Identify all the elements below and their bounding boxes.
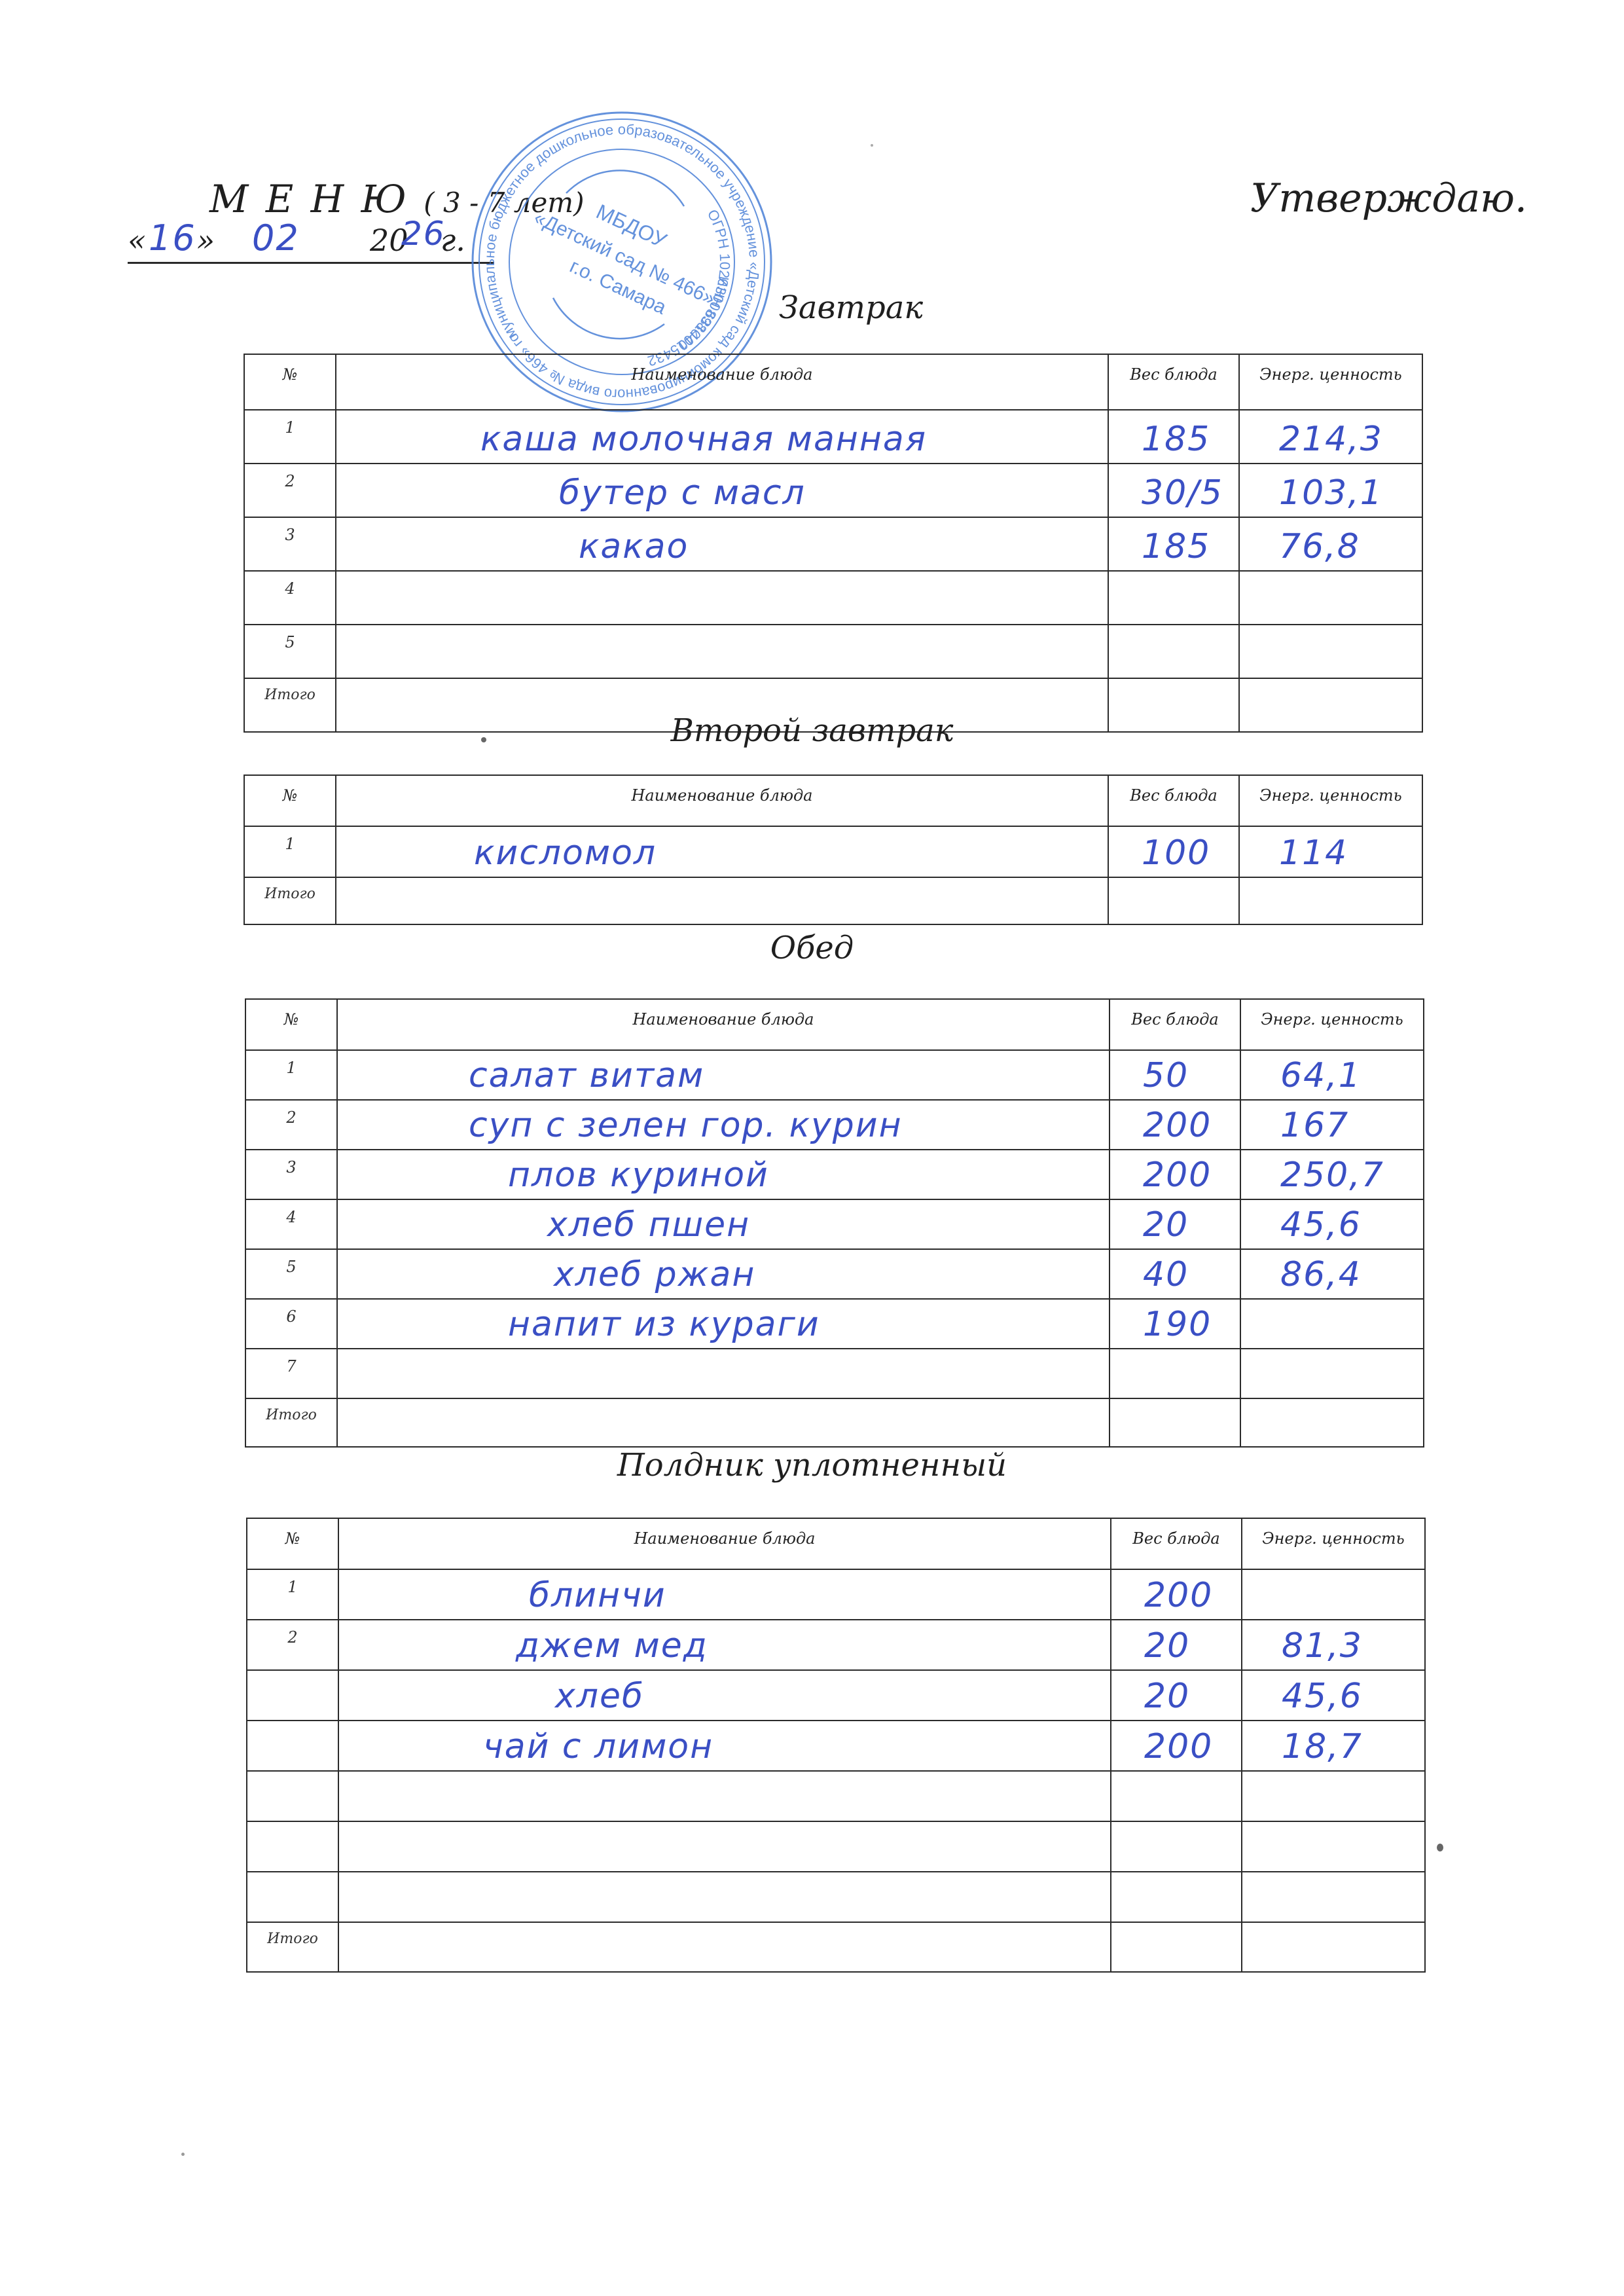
row-number: 1 <box>244 410 336 464</box>
row-number <box>247 1670 338 1721</box>
dish-name: джем мед <box>516 1626 708 1666</box>
date-close-quote: » <box>196 223 215 258</box>
dish-weight: 40 <box>1143 1255 1189 1294</box>
dish-weight-cell: 50 <box>1110 1050 1240 1100</box>
dish-name-cell: каша молочная манная <box>336 410 1108 464</box>
table-row: 4 <box>244 571 1422 625</box>
dish-energy-cell: 114 <box>1239 826 1422 877</box>
dish-name-cell: плов куриной <box>337 1150 1110 1199</box>
dish-weight: 30/5 <box>1142 473 1223 513</box>
dish-weight: 185 <box>1142 527 1210 566</box>
dish-weight-cell: 20 <box>1110 1199 1240 1249</box>
dish-energy: 64,1 <box>1280 1056 1362 1095</box>
dish-name-cell <box>338 1821 1111 1872</box>
dish-weight-cell <box>1111 1821 1242 1872</box>
dish-weight: 185 <box>1142 420 1210 459</box>
dish-weight-cell: 40 <box>1110 1249 1240 1299</box>
dish-weight: 200 <box>1144 1727 1213 1766</box>
date-open-quote: « <box>128 223 146 258</box>
dish-name-cell: кисломол <box>336 826 1108 877</box>
row-number <box>247 1872 338 1922</box>
table-row <box>247 1771 1425 1821</box>
total-energy-cell <box>1242 1922 1425 1972</box>
row-number <box>247 1821 338 1872</box>
dish-weight-cell: 200 <box>1110 1100 1240 1150</box>
dish-weight-cell: 30/5 <box>1108 464 1239 517</box>
header-weight: Вес блюда <box>1108 354 1239 410</box>
date-year-unit: г. <box>441 223 465 258</box>
table-row: 4хлеб пшен2045,6 <box>245 1199 1424 1249</box>
dish-name-cell <box>337 1349 1110 1398</box>
dish-weight: 100 <box>1142 833 1210 873</box>
header-dish-name: Наименование блюда <box>338 1518 1111 1569</box>
dish-name: плов куриной <box>508 1156 769 1195</box>
header-energy: Энерг. ценность <box>1239 775 1422 826</box>
row-number: 6 <box>245 1299 337 1349</box>
table-row: хлеб2045,6 <box>247 1670 1425 1721</box>
total-row: Итого <box>247 1922 1425 1972</box>
total-row: Итого <box>245 1398 1424 1447</box>
total-name-cell <box>338 1922 1111 1972</box>
table-header-row: №Наименование блюдаВес блюдаЭнерг. ценно… <box>247 1518 1425 1569</box>
table-row: 1кисломол100114 <box>244 826 1422 877</box>
row-number: 2 <box>247 1620 338 1670</box>
table-header-row: №Наименование блюдаВес блюдаЭнерг. ценно… <box>244 775 1422 826</box>
dish-name-cell: хлеб пшен <box>337 1199 1110 1249</box>
table-row: 1каша молочная манная185214,3 <box>244 410 1422 464</box>
menu-title-text: М Е Н Ю <box>209 177 409 221</box>
dish-energy: 76,8 <box>1279 527 1360 566</box>
date-year-suffix: 26 <box>401 215 446 253</box>
dish-weight-cell: 200 <box>1110 1150 1240 1199</box>
dish-weight-cell: 190 <box>1110 1299 1240 1349</box>
dish-name: напит из кураги <box>508 1305 820 1344</box>
total-weight-cell <box>1111 1922 1242 1972</box>
dish-name-cell: бутер с масл <box>336 464 1108 517</box>
dish-energy: 214,3 <box>1279 420 1383 459</box>
section-title: Обед <box>0 930 1624 966</box>
dish-name-cell: блинчи <box>338 1569 1111 1620</box>
row-number: 4 <box>245 1199 337 1249</box>
dish-energy: 250,7 <box>1280 1156 1384 1195</box>
dish-weight-cell: 20 <box>1111 1620 1242 1670</box>
dish-weight: 200 <box>1143 1156 1212 1195</box>
dish-energy-cell: 103,1 <box>1239 464 1422 517</box>
dish-energy-cell: 76,8 <box>1239 517 1422 571</box>
dish-weight-cell: 20 <box>1111 1670 1242 1721</box>
header-energy: Энерг. ценность <box>1242 1518 1425 1569</box>
table-row: 7 <box>245 1349 1424 1398</box>
dish-weight-cell <box>1108 625 1239 678</box>
header-energy: Энерг. ценность <box>1239 354 1422 410</box>
dish-name: бутер с масл <box>559 473 806 513</box>
dish-name: блинчи <box>529 1576 666 1615</box>
dish-energy-cell: 167 <box>1240 1100 1424 1150</box>
table-row: 5хлеб ржан4086,4 <box>245 1249 1424 1299</box>
dish-energy: 81,3 <box>1282 1626 1363 1666</box>
dish-weight: 20 <box>1144 1677 1190 1716</box>
dish-energy-cell: 18,7 <box>1242 1721 1425 1771</box>
dish-name-cell <box>338 1771 1111 1821</box>
dish-weight-cell <box>1111 1872 1242 1922</box>
header-dish-name: Наименование блюда <box>336 775 1108 826</box>
header-dish-name: Наименование блюда <box>336 354 1108 410</box>
dish-energy: 45,6 <box>1282 1677 1363 1716</box>
row-number: 4 <box>244 571 336 625</box>
table-row: чай с лимон20018,7 <box>247 1721 1425 1771</box>
dish-name-cell: салат витам <box>337 1050 1110 1100</box>
row-number: 7 <box>245 1349 337 1398</box>
dish-energy: 45,6 <box>1280 1205 1362 1245</box>
dish-name: хлеб <box>555 1677 644 1716</box>
dish-weight-cell: 185 <box>1108 517 1239 571</box>
dish-energy: 86,4 <box>1280 1255 1362 1294</box>
dish-name: каша молочная манная <box>480 420 927 459</box>
row-number: 2 <box>244 464 336 517</box>
dish-name: кисломол <box>474 833 657 873</box>
table-header-row: №Наименование блюдаВес блюдаЭнерг. ценно… <box>244 354 1422 410</box>
dish-energy: 114 <box>1279 833 1348 873</box>
menu-table: №Наименование блюдаВес блюдаЭнерг. ценно… <box>246 1518 1426 1973</box>
dish-energy: 103,1 <box>1279 473 1383 513</box>
dish-weight: 190 <box>1143 1305 1212 1344</box>
dish-weight-cell: 100 <box>1108 826 1239 877</box>
dish-energy-cell: 45,6 <box>1242 1670 1425 1721</box>
dish-weight: 20 <box>1144 1626 1190 1666</box>
dish-name-cell: какао <box>336 517 1108 571</box>
dish-weight: 20 <box>1143 1205 1189 1245</box>
table-row: 2джем мед2081,3 <box>247 1620 1425 1670</box>
dish-weight: 200 <box>1143 1106 1212 1145</box>
dish-energy-cell <box>1242 1872 1425 1922</box>
dish-name-cell: чай с лимон <box>338 1721 1111 1771</box>
header-weight: Вес блюда <box>1111 1518 1242 1569</box>
dish-weight-cell: 185 <box>1108 410 1239 464</box>
row-number: 1 <box>245 1050 337 1100</box>
total-label: Итого <box>244 877 336 924</box>
menu-table: №Наименование блюдаВес блюдаЭнерг. ценно… <box>244 774 1423 925</box>
dish-weight-cell <box>1108 571 1239 625</box>
total-energy-cell <box>1239 877 1422 924</box>
header-num: № <box>244 354 336 410</box>
table-row: 6напит из кураги190 <box>245 1299 1424 1349</box>
menu-table: №Наименование блюдаВес блюдаЭнерг. ценно… <box>245 998 1424 1448</box>
dish-energy-cell <box>1240 1299 1424 1349</box>
dish-energy-cell <box>1242 1821 1425 1872</box>
dish-name: салат витам <box>469 1056 704 1095</box>
total-weight-cell <box>1108 877 1239 924</box>
header-num: № <box>247 1518 338 1569</box>
dish-name-cell <box>336 571 1108 625</box>
dish-energy: 167 <box>1280 1106 1349 1145</box>
dish-energy-cell: 45,6 <box>1240 1199 1424 1249</box>
total-weight-cell <box>1110 1398 1240 1447</box>
table-header-row: №Наименование блюдаВес блюдаЭнерг. ценно… <box>245 999 1424 1050</box>
row-number <box>247 1771 338 1821</box>
row-number: 1 <box>247 1569 338 1620</box>
row-number: 2 <box>245 1100 337 1150</box>
header-num: № <box>245 999 337 1050</box>
dish-energy-cell <box>1240 1349 1424 1398</box>
dish-name: чай с лимон <box>483 1727 713 1766</box>
dish-energy-cell: 64,1 <box>1240 1050 1424 1100</box>
section-title: Полдник уплотненный <box>0 1447 1624 1484</box>
dish-weight: 50 <box>1143 1056 1189 1095</box>
row-number: 3 <box>244 517 336 571</box>
total-name-cell <box>337 1398 1110 1447</box>
approval-label: Утверждаю. <box>1250 175 1527 221</box>
header-weight: Вес блюда <box>1108 775 1239 826</box>
menu-table: №Наименование блюдаВес блюдаЭнерг. ценно… <box>244 354 1423 733</box>
table-row: 1блинчи200 <box>247 1569 1425 1620</box>
dish-name: хлеб пшен <box>547 1205 750 1245</box>
table-row: 3какао18576,8 <box>244 517 1422 571</box>
dish-weight-cell: 200 <box>1111 1569 1242 1620</box>
row-number: 1 <box>244 826 336 877</box>
dish-energy-cell <box>1239 571 1422 625</box>
dish-energy-cell: 86,4 <box>1240 1249 1424 1299</box>
section-title: Завтрак <box>779 289 923 326</box>
dish-name-cell: суп с зелен гор. курин <box>337 1100 1110 1150</box>
dish-name: хлеб ржан <box>554 1255 755 1294</box>
dish-weight-cell: 200 <box>1111 1721 1242 1771</box>
section-title: Второй завтрак <box>0 712 1624 749</box>
header-energy: Энерг. ценность <box>1240 999 1424 1050</box>
dish-energy-cell <box>1242 1771 1425 1821</box>
header-weight: Вес блюда <box>1110 999 1240 1050</box>
dish-name-cell <box>336 625 1108 678</box>
dish-energy-cell: 250,7 <box>1240 1150 1424 1199</box>
date-month: 02 <box>252 217 300 259</box>
dish-name-cell: джем мед <box>338 1620 1111 1670</box>
table-row: 3плов куриной200250,7 <box>245 1150 1424 1199</box>
table-row: 2суп с зелен гор. курин200167 <box>245 1100 1424 1150</box>
dish-name-cell: хлеб <box>338 1670 1111 1721</box>
table-row <box>247 1872 1425 1922</box>
total-row: Итого <box>244 877 1422 924</box>
dish-weight-cell <box>1110 1349 1240 1398</box>
dish-energy-cell: 214,3 <box>1239 410 1422 464</box>
dish-energy-cell <box>1242 1569 1425 1620</box>
dish-energy-cell <box>1239 625 1422 678</box>
row-number: 5 <box>244 625 336 678</box>
dish-name-cell: напит из кураги <box>337 1299 1110 1349</box>
dish-name: суп с зелен гор. курин <box>469 1106 903 1145</box>
dish-name: какао <box>579 527 689 566</box>
total-label: Итого <box>247 1922 338 1972</box>
table-row: 5 <box>244 625 1422 678</box>
row-number: 3 <box>245 1150 337 1199</box>
total-name-cell <box>336 877 1108 924</box>
row-number <box>247 1721 338 1771</box>
dish-name-cell: хлеб ржан <box>337 1249 1110 1299</box>
table-row <box>247 1821 1425 1872</box>
total-label: Итого <box>245 1398 337 1447</box>
dish-name-cell <box>338 1872 1111 1922</box>
total-energy-cell <box>1240 1398 1424 1447</box>
dish-weight-cell <box>1111 1771 1242 1821</box>
header-num: № <box>244 775 336 826</box>
table-row: 2бутер с масл30/5103,1 <box>244 464 1422 517</box>
dish-energy: 18,7 <box>1282 1727 1363 1766</box>
dish-weight: 200 <box>1144 1576 1213 1615</box>
menu-date: « 16 » 02 20 26 г. <box>128 216 494 264</box>
row-number: 5 <box>245 1249 337 1299</box>
header-dish-name: Наименование блюда <box>337 999 1110 1050</box>
dish-energy-cell: 81,3 <box>1242 1620 1425 1670</box>
date-day: 16 <box>149 217 196 259</box>
table-row: 1салат витам5064,1 <box>245 1050 1424 1100</box>
